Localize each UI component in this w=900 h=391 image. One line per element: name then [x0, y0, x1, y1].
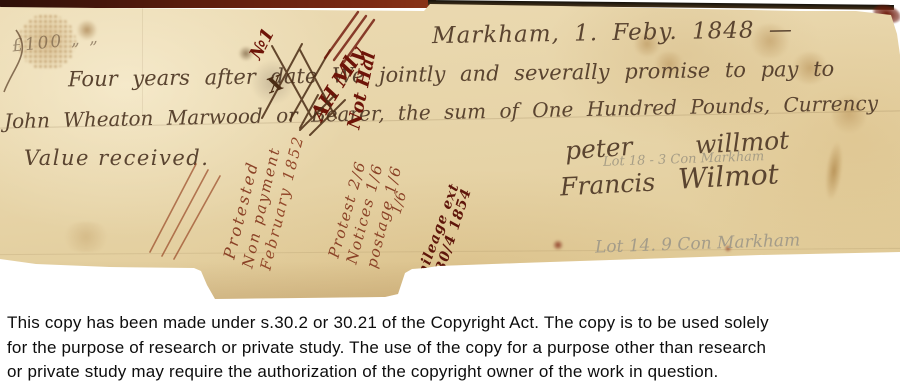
crease-vertical-fold — [142, 5, 143, 117]
copyright-notice-line-3: or private study may require the authori… — [7, 360, 900, 385]
dateline: Markham, 1. Feby. 1848 — — [432, 17, 793, 49]
stain-streak — [823, 141, 846, 201]
scanned-document-page: £100 „ „ Markham, 1. Feby. 1848 — Four y… — [0, 0, 900, 391]
copyright-notice: This copy has been made under s.30.2 or … — [7, 311, 900, 385]
stain — [60, 222, 112, 252]
signature-first-name-2: Francis — [559, 168, 656, 202]
copyright-notice-line-2: for the purpose of research or private s… — [7, 336, 900, 361]
body-line-3: Value received. — [24, 146, 209, 170]
red-ink-speck — [552, 240, 564, 250]
pencil-note-lot-14: Lot 14. 9 Con Markham — [595, 230, 801, 257]
body-line-1: Four years after date We jointly and sev… — [68, 57, 834, 92]
scan-edge-shadow-left — [0, 0, 436, 8]
copyright-notice-line-1: This copy has been made under s.30.2 or … — [7, 311, 900, 336]
promissory-note-paper: £100 „ „ Markham, 1. Feby. 1848 — Four y… — [0, 0, 900, 306]
